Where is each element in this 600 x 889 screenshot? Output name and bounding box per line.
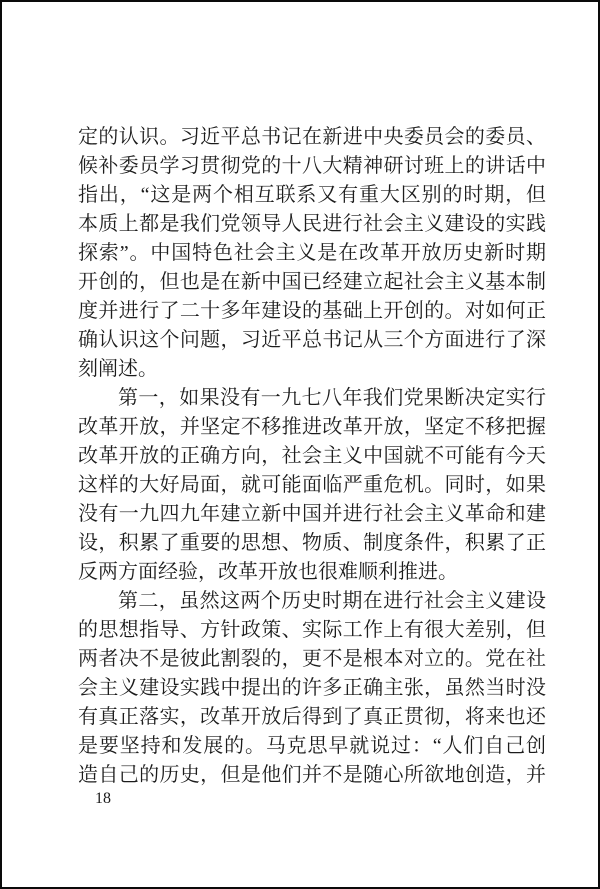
text-line: 没有一九四九年建立新中国并进行社会主义革命和建	[78, 500, 546, 529]
text-line: 是要坚持和发展的。马克思早就说过：“人们自己创	[78, 732, 546, 761]
text-line: 探索”。中国特色社会主义是在改革开放历史新时期	[78, 239, 546, 268]
text-line: 定的认识。习近平总书记在新进中央委员会的委员、	[78, 123, 546, 152]
text-line: 会主义建设实践中提出的许多正确主张，虽然当时没	[78, 674, 546, 703]
text-line: 两者决不是彼此割裂的，更不是根本对立的。党在社	[78, 645, 546, 674]
text-line: 本质上都是我们党领导人民进行社会主义建设的实践	[78, 210, 546, 239]
text-line: 刻阐述。	[78, 355, 546, 384]
text-line: 的思想指导、方针政策、实际工作上有很大差别，但	[78, 616, 546, 645]
text-line: 改革开放，并坚定不移推进改革开放，坚定不移把握	[78, 413, 546, 442]
text-line: 改革开放的正确方向，社会主义中国就不可能有今天	[78, 442, 546, 471]
text-line: 反两方面经验，改革开放也很难顺利推进。	[78, 558, 546, 587]
text-line: 第一，如果没有一九七八年我们党果断决定实行	[78, 384, 546, 413]
text-line: 有真正落实，改革开放后得到了真正贯彻，将来也还	[78, 703, 546, 732]
book-page: 定的认识。习近平总书记在新进中央委员会的委员、候补委员学习贯彻党的十八大精神研讨…	[0, 0, 600, 889]
text-line: 确认识这个问题，习近平总书记从三个方面进行了深	[78, 326, 546, 355]
text-line: 造自己的历史，但是他们并不是随心所欲地创造，并	[78, 761, 546, 790]
text-line: 度并进行了二十多年建设的基础上开创的。对如何正	[78, 297, 546, 326]
page-text: 定的认识。习近平总书记在新进中央委员会的委员、候补委员学习贯彻党的十八大精神研讨…	[78, 123, 546, 790]
text-line: 候补委员学习贯彻党的十八大精神研讨班上的讲话中	[78, 152, 546, 181]
text-line: 设，积累了重要的思想、物质、制度条件，积累了正	[78, 529, 546, 558]
text-line: 开创的，但也是在新中国已经建立起社会主义基本制	[78, 268, 546, 297]
text-line: 这样的大好局面，就可能面临严重危机。同时，如果	[78, 471, 546, 500]
page-number: 18	[95, 789, 111, 809]
text-line: 指出，“这是两个相互联系又有重大区别的时期，但	[78, 181, 546, 210]
text-line: 第二，虽然这两个历史时期在进行社会主义建设	[78, 587, 546, 616]
